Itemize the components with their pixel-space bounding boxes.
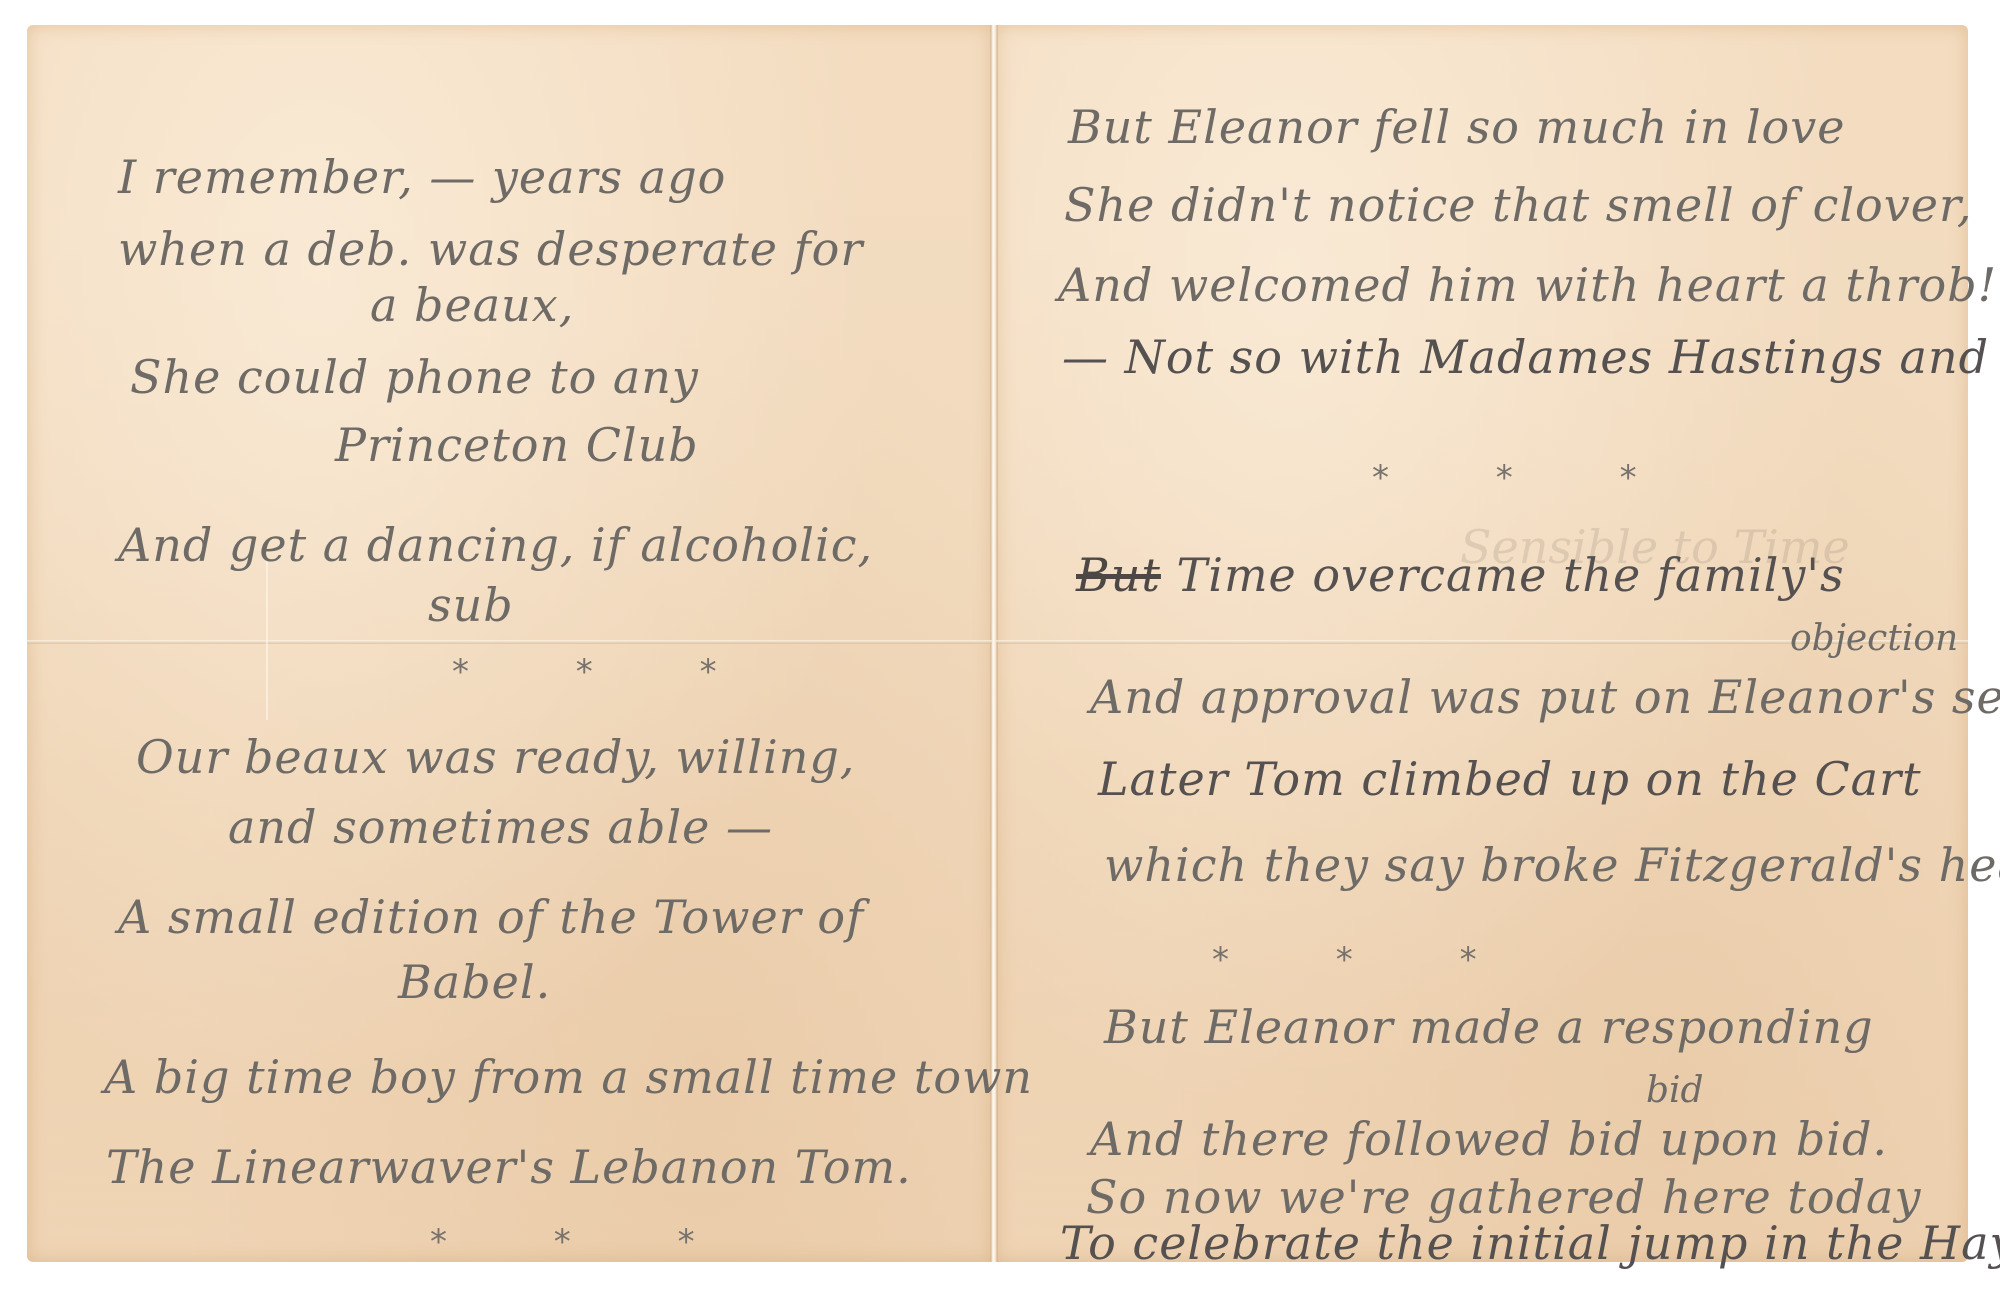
poem-line: Princeton Club [335,418,699,472]
line-continuation: bid [1646,1070,1704,1111]
poem-line: But Eleanor fell so much in love [1068,100,1845,154]
section-separator: * * * [430,1222,743,1262]
poem-line: Later Tom climbed up on the Cart [1098,752,1922,806]
poem-line-text: Time overcame the family's [1177,548,1845,602]
poem-line: And welcomed him with heart a throb! [1058,258,1997,312]
poem-line: — Not so with Madames Hastings and Robb! [1062,330,2000,384]
poem-line: And get a dancing, if alcoholic, [118,518,873,572]
poem-line: A small edition of the Tower of [118,890,864,944]
section-separator: * * * [1212,940,1525,980]
poem-line: The Linearwaver's Lebanon Tom. [106,1140,912,1194]
poem-line: I remember, — years ago [118,150,726,204]
poem-line: She didn't notice that smell of clover, [1064,178,1973,232]
poem-line: which they say broke Fitzgerald's heart. [1104,838,2000,892]
crease-mark [266,560,268,720]
poem-line: Babel. [398,955,551,1009]
section-separator: * * * [1372,458,1685,498]
line-continuation: objection [1790,618,1958,659]
poem-line: when a deb. was desperate for [118,222,863,276]
section-separator: * * * [452,652,765,692]
poem-line: and sometimes able — [228,800,773,854]
poem-line: sub [428,578,514,632]
poem-line: But Eleanor made a responding [1104,1000,1874,1054]
poem-line: Our beaux was ready, willing, [136,730,855,784]
poem-line: a beaux, [370,278,574,332]
poem-line: And approval was put on Eleanor's select… [1090,670,2000,724]
horizontal-fold-left [27,640,992,644]
poem-line: To celebrate the initial jump in the Hay [1060,1216,2000,1270]
struck-out-word: But [1076,548,1161,602]
poem-line: She could phone to any [130,350,699,404]
poem-line: But Time overcame the family's [1076,548,1845,602]
poem-line: And there followed bid upon bid. [1090,1112,1888,1166]
poem-line: A big time boy from a small time town [104,1050,1033,1104]
